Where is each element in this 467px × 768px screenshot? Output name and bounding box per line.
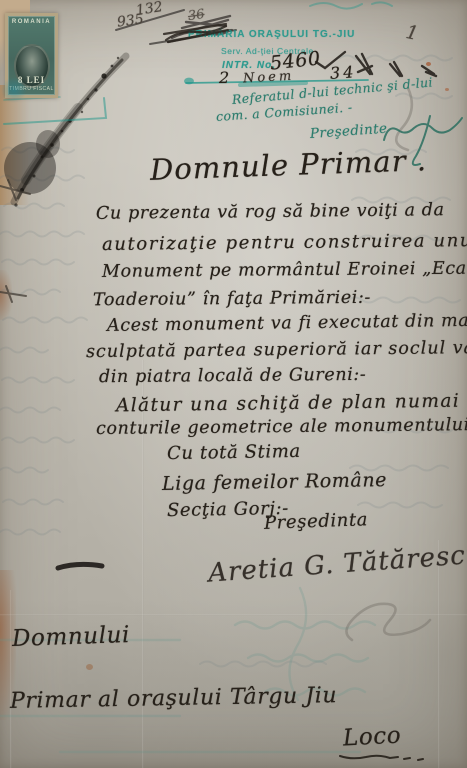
body-line-2: autorizaţie pentru construirea unui: [102, 230, 467, 255]
body-line-1: Cu prezenta vă rog să bine voiţi a da: [96, 200, 445, 224]
fiscal-revenue-stamp: ROMANIA 8 LEI TIMBRU FISCAL: [5, 13, 58, 98]
crossed-scribble-over-stamp: [162, 20, 232, 46]
president-role: Preşedinta: [264, 509, 369, 534]
scanned-document-page: ROMANIA 8 LEI TIMBRU FISCAL 132 935 36 1…: [0, 0, 467, 768]
body-line-3: Monument pe mormântul Eroinei „Ecaterina: [102, 258, 467, 282]
body-line-9: conturile geometrice ale monumentului:-: [96, 415, 467, 439]
body-line-7: din piatra locală de Gureni:-: [99, 365, 367, 387]
organization-line: Liga femeilor Române: [162, 469, 387, 495]
closing-line: Cu totă Stima: [167, 441, 301, 464]
address-line-1: Domnului: [12, 622, 131, 652]
fiscal-stamp-country-label: ROMANIA: [9, 19, 54, 25]
fiscal-stamp-frame: ROMANIA 8 LEI TIMBRU FISCAL: [8, 16, 55, 95]
body-line-6: sculptată partea superioră iar soclul va…: [86, 338, 467, 362]
fiscal-stamp-type-label: TIMBRU FISCAL: [9, 86, 54, 92]
address-loco: Loco: [342, 722, 402, 751]
date-year-handwritten: 34: [329, 62, 357, 83]
file-number-denominator: 935: [116, 11, 144, 30]
date-month-handwritten: Noem: [243, 69, 295, 87]
date-day-handwritten: 2: [219, 68, 230, 87]
body-line-4: Toaderoiu” în faţa Primăriei:-: [93, 288, 371, 310]
fiscal-stamp-value: 8 LEI: [9, 75, 54, 85]
